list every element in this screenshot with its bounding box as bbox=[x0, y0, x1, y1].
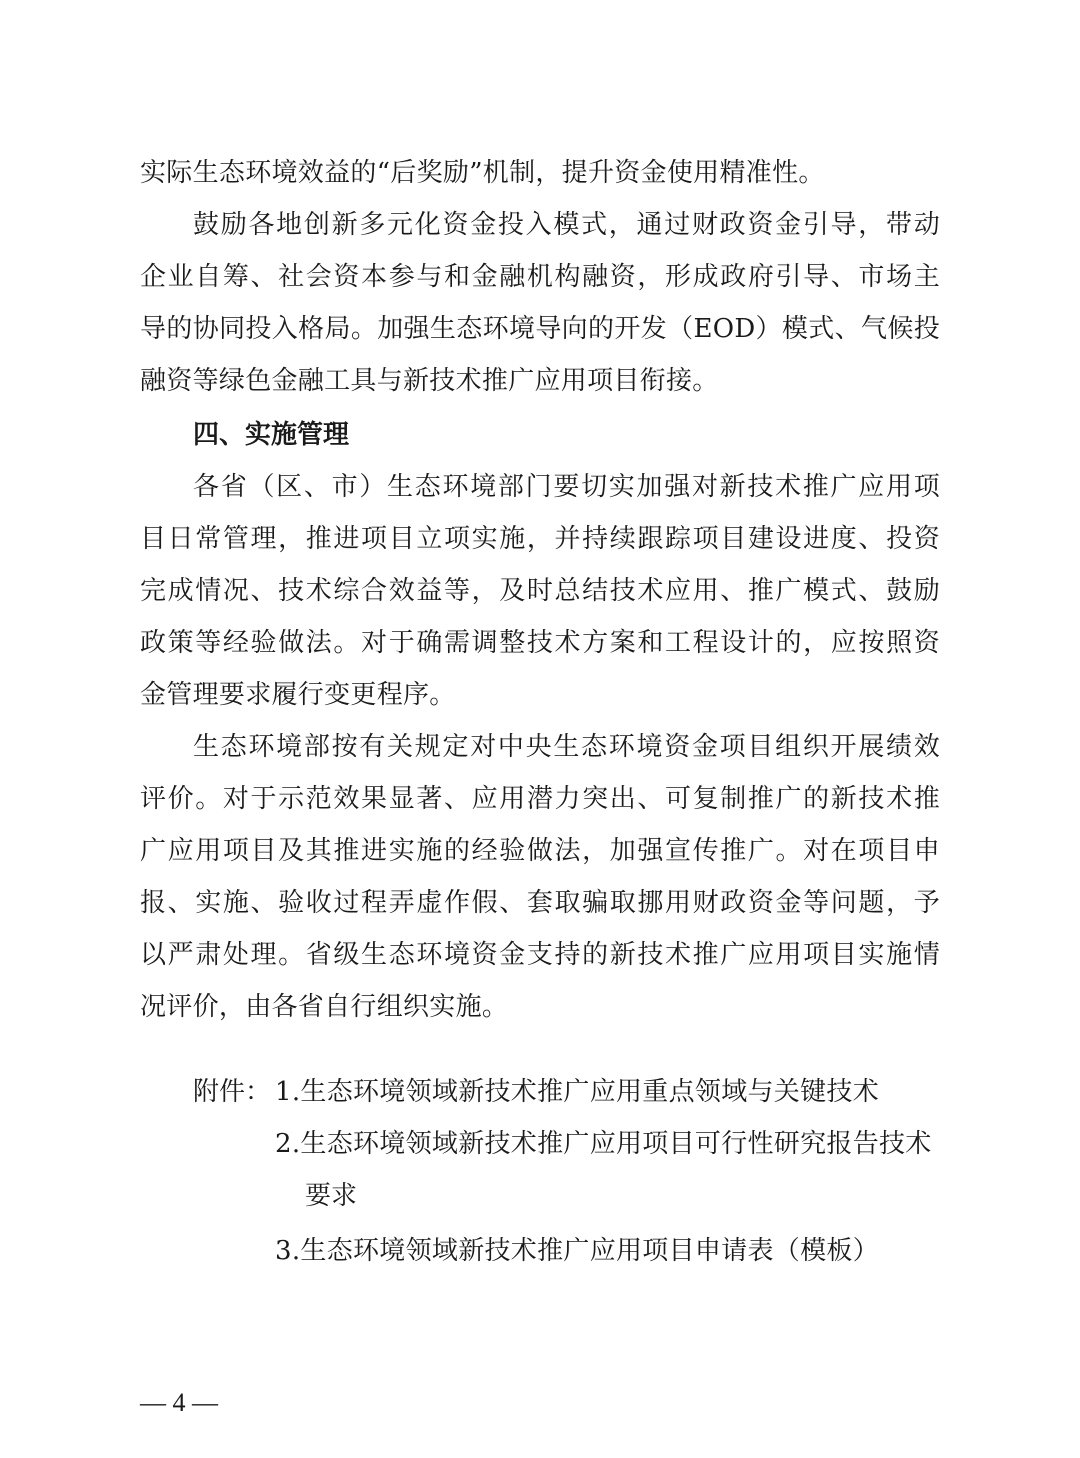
paragraph-line: 广应用项目及其推进实施的经验做法，加强宣传推广。对在项目申 bbox=[140, 834, 940, 868]
paragraph-line: 报、实施、验收过程弄虚作假、套取骗取挪用财政资金等问题，予 bbox=[140, 886, 940, 920]
paragraph-line: 实际生态环境效益的“后奖励”机制，提升资金使用精准性。 bbox=[140, 156, 940, 190]
paragraph-line: 完成情况、技术综合效益等，及时总结技术应用、推广模式、鼓励 bbox=[140, 574, 940, 608]
paragraph-line: 评价。对于示范效果显著、应用潜力突出、可复制推广的新技术推 bbox=[140, 782, 940, 816]
paragraph-line: 况评价，由各省自行组织实施。 bbox=[140, 990, 940, 1024]
section-heading: 四、实施管理 bbox=[193, 418, 349, 452]
paragraph-line: 政策等经验做法。对于确需调整技术方案和工程设计的，应按照资 bbox=[140, 626, 940, 660]
attachment-item: 1.生态环境领域新技术推广应用重点领域与关键技术 bbox=[275, 1075, 879, 1109]
paragraph-line: 生态环境部按有关规定对中央生态环境资金项目组织开展绩效 bbox=[193, 730, 940, 764]
paragraph-line: 企业自筹、社会资本参与和金融机构融资，形成政府引导、市场主 bbox=[140, 260, 940, 294]
paragraph-line: 以严肃处理。省级生态环境资金支持的新技术推广应用项目实施情 bbox=[140, 938, 940, 972]
attachments-label: 附件： bbox=[193, 1075, 271, 1109]
paragraph-line: 鼓励各地创新多元化资金投入模式，通过财政资金引导，带动 bbox=[193, 208, 940, 242]
document-page: 实际生态环境效益的“后奖励”机制，提升资金使用精准性。 鼓励各地创新多元化资金投… bbox=[0, 0, 1080, 1458]
attachment-item: 3.生态环境领域新技术推广应用项目申请表（模板） bbox=[275, 1234, 879, 1268]
attachment-item: 2.生态环境领域新技术推广应用项目可行性研究报告技术 bbox=[275, 1127, 932, 1161]
paragraph-line: 融资等绿色金融工具与新技术推广应用项目衔接。 bbox=[140, 364, 940, 398]
page-number: — 4 — bbox=[140, 1386, 218, 1420]
paragraph-line: 导的协同投入格局。加强生态环境导向的开发（EOD）模式、气候投 bbox=[140, 312, 940, 346]
paragraph-line: 金管理要求履行变更程序。 bbox=[140, 678, 940, 712]
attachment-item-continuation: 要求 bbox=[305, 1179, 357, 1213]
paragraph-line: 各省（区、市）生态环境部门要切实加强对新技术推广应用项 bbox=[193, 470, 940, 504]
paragraph-line: 目日常管理，推进项目立项实施，并持续跟踪项目建设进度、投资 bbox=[140, 522, 940, 556]
